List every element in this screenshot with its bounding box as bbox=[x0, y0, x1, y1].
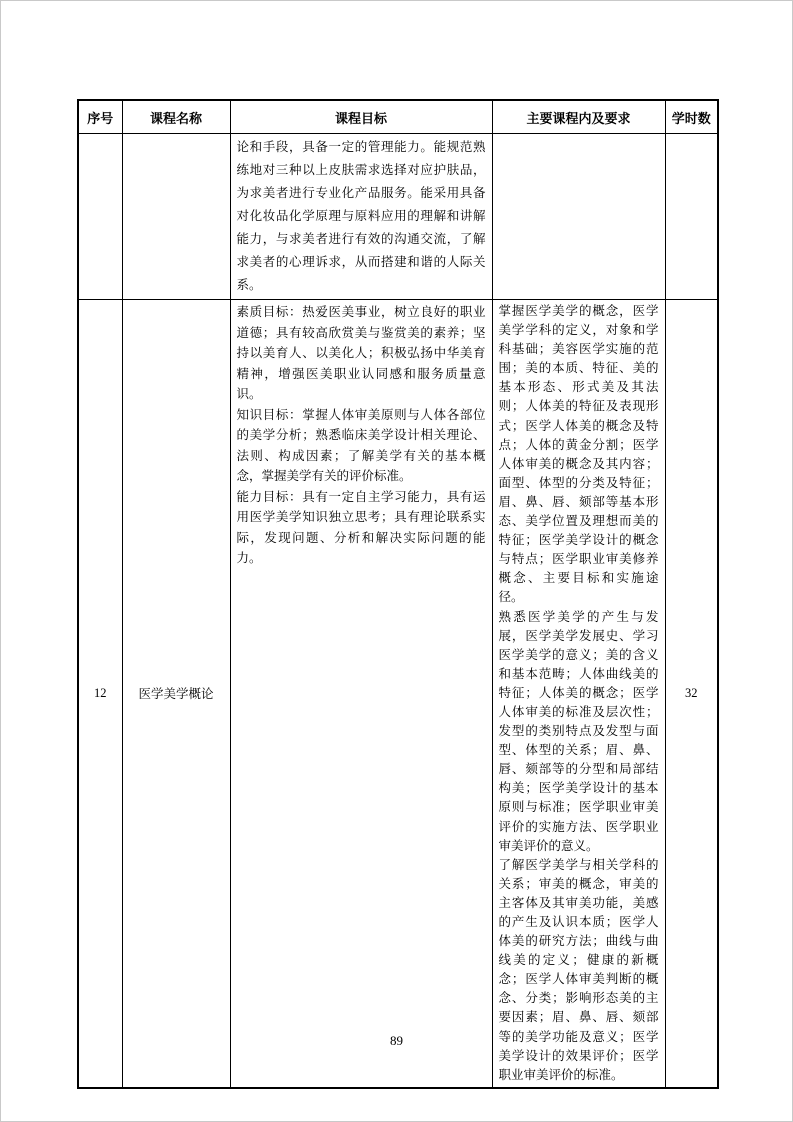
content-paragraph-master: 掌握医学美学的概念，医学美学学科的定义，对象和学科基础；美容医学实施的范围；美的… bbox=[499, 302, 659, 608]
cell-seq bbox=[78, 134, 122, 300]
col-header-seq: 序号 bbox=[78, 100, 122, 134]
course-table: 序号 课程名称 课程目标 主要课程内及要求 学时数 论和手段，具备一定的管理能力… bbox=[77, 99, 719, 1089]
cell-course-name bbox=[122, 134, 230, 300]
cell-hours bbox=[665, 134, 718, 300]
table-row-course-12: 12 医学美学概论 素质目标：热爱医美事业，树立良好的职业道德；具有较高欣赏美与… bbox=[78, 300, 718, 1088]
content-paragraph-understand: 了解医学美学与相关学科的关系；审美的概念，审美的主客体及其审美功能，美感的产生及… bbox=[499, 856, 659, 1085]
table-row-continuation: 论和手段，具备一定的管理能力。能规范熟练地对三种以上皮肤需求选择对应护肤品，为求… bbox=[78, 134, 718, 300]
col-header-hours: 学时数 bbox=[665, 100, 718, 134]
cell-hours: 32 bbox=[665, 300, 718, 1088]
cell-seq: 12 bbox=[78, 300, 122, 1088]
cell-content: 掌握医学美学的概念，医学美学学科的定义，对象和学科基础；美容医学实施的范围；美的… bbox=[492, 300, 665, 1088]
objectives-paragraph-quality: 素质目标：热爱医美事业，树立良好的职业道德；具有较高欣赏美与鉴赏美的素养；坚持以… bbox=[237, 302, 486, 405]
col-header-objectives: 课程目标 bbox=[230, 100, 492, 134]
cell-course-name: 医学美学概论 bbox=[122, 300, 230, 1088]
content-paragraph-familiar: 熟悉医学美学的产生与发展，医学美学发展史、学习医学美学的意义；美的含义和基本范畴… bbox=[499, 608, 659, 856]
col-header-content: 主要课程内及要求 bbox=[492, 100, 665, 134]
page-number: 89 bbox=[1, 1033, 792, 1049]
document-page: 序号 课程名称 课程目标 主要课程内及要求 学时数 论和手段，具备一定的管理能力… bbox=[0, 0, 793, 1122]
objectives-paragraph-ability: 能力目标：具有一定自主学习能力，具有运用医学美学知识独立思考；具有理论联系实际，… bbox=[237, 487, 486, 569]
cell-content bbox=[492, 134, 665, 300]
col-header-course-name: 课程名称 bbox=[122, 100, 230, 134]
cell-objectives: 素质目标：热爱医美事业，树立良好的职业道德；具有较高欣赏美与鉴赏美的素养；坚持以… bbox=[230, 300, 492, 1088]
objectives-paragraph: 论和手段，具备一定的管理能力。能规范熟练地对三种以上皮肤需求选择对应护肤品，为求… bbox=[237, 136, 486, 297]
header-row: 序号 课程名称 课程目标 主要课程内及要求 学时数 bbox=[78, 100, 718, 134]
cell-objectives: 论和手段，具备一定的管理能力。能规范熟练地对三种以上皮肤需求选择对应护肤品，为求… bbox=[230, 134, 492, 300]
objectives-paragraph-knowledge: 知识目标：掌握人体审美原则与人体各部位的美学分析；熟悉临床美学设计相关理论、法则… bbox=[237, 405, 486, 487]
